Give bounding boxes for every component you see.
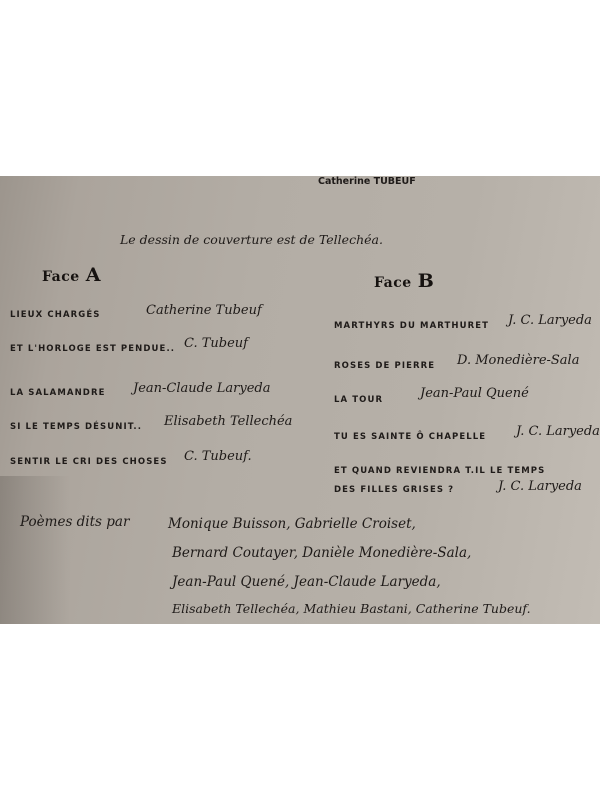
track-title: SI LE TEMPS DÉSUNIT..: [10, 422, 142, 432]
top-author: Catherine TUBEUF: [318, 176, 416, 187]
record-sleeve-page: Catherine TUBEUF Le dessin de couverture…: [0, 176, 600, 624]
credits-line: Monique Buisson, Gabrielle Croiset,: [168, 516, 416, 532]
track-author: Catherine Tubeuf: [146, 303, 262, 318]
track-author: J. C. Laryeda: [498, 479, 582, 494]
track-title: ROSES DE PIERRE: [334, 361, 435, 371]
track-title: TU ES SAINTE Ô CHAPELLE: [334, 432, 486, 442]
track-title: ET L'HORLOGE EST PENDUE..: [10, 344, 175, 354]
track-author: C. Tubeuf: [184, 336, 248, 351]
credits-line: Bernard Coutayer, Danièle Monedière-Sala…: [172, 545, 471, 561]
face-a-label: Face: [42, 269, 80, 285]
track-author: C. Tubeuf.: [184, 449, 252, 464]
track-author: J. C. Laryeda: [516, 424, 600, 439]
track-title-line1: ET QUAND REVIENDRA T.IL LE TEMPS: [334, 466, 545, 476]
cover-note: Le dessin de couverture est de Tellechéa…: [120, 232, 383, 247]
face-b-label: Face: [374, 275, 412, 291]
track-author: Elisabeth Tellechéa: [164, 414, 292, 429]
track-author: D. Monedière-Sala: [457, 353, 579, 368]
track-author: Jean-Paul Quené: [420, 386, 529, 401]
track-title: LA TOUR: [334, 395, 383, 405]
credits-line: Elisabeth Tellechéa, Mathieu Bastani, Ca…: [172, 601, 531, 616]
credits-line: Jean-Paul Quené, Jean-Claude Laryeda,: [172, 574, 441, 590]
track-title-line2: DES FILLES GRISES ?: [334, 485, 454, 495]
track-title: LIEUX CHARGÉS: [10, 310, 100, 320]
credits-label: Poèmes dits par: [20, 514, 129, 530]
paper-shadow: [0, 476, 70, 624]
track-title: MARTHYRS DU MARTHURET: [334, 321, 489, 331]
face-a-heading: FaceA: [42, 264, 101, 286]
track-author: Jean-Claude Laryeda: [133, 381, 271, 396]
face-b-heading: FaceB: [374, 270, 434, 292]
track-title: SENTIR LE CRI DES CHOSES: [10, 457, 168, 467]
track-title: LA SALAMANDRE: [10, 388, 106, 398]
face-b-letter: B: [418, 270, 435, 292]
face-a-letter: A: [86, 264, 101, 286]
track-author: J. C. Laryeda: [508, 313, 592, 328]
